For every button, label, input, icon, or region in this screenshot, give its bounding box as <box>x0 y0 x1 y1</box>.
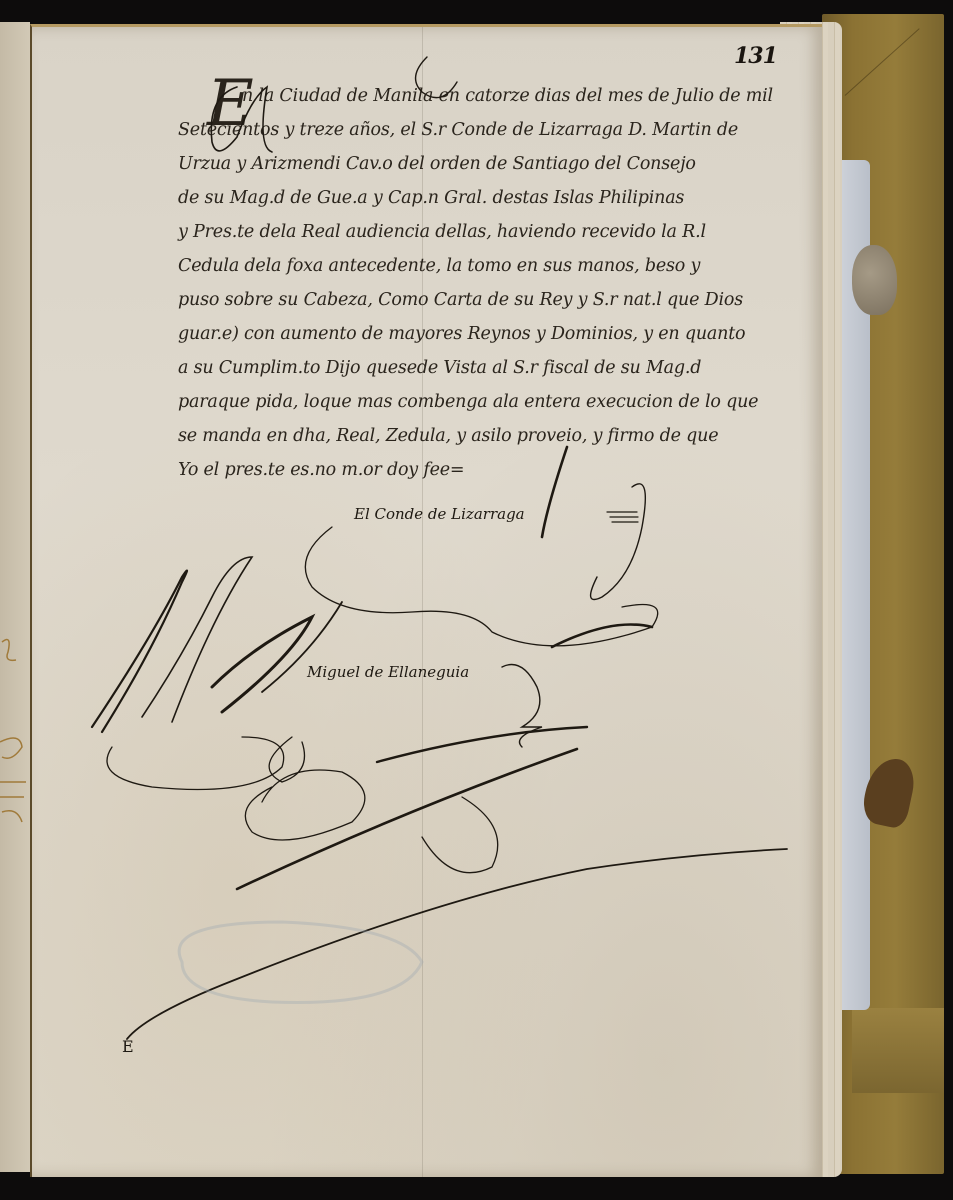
text-line: guar.e) con aumento de mayores Reynos y … <box>178 317 828 351</box>
closing-mark: E <box>122 1037 134 1056</box>
manuscript-page: 131 E n la Ciudad de Manila en catorze d… <box>30 24 822 1177</box>
manuscript-text: n la Ciudad de Manila en catorze dias de… <box>178 79 828 487</box>
signature-conde-lizarraga: El Conde de Lizarraga <box>354 505 525 523</box>
text-line: Setecientos y treze años, el S.r Conde d… <box>178 113 828 147</box>
text-line: n la Ciudad de Manila en catorze dias de… <box>178 79 828 113</box>
text-line: Cedula dela foxa antecedente, la tomo en… <box>178 249 828 283</box>
signature-notary: Miguel de Ellaneguia <box>307 663 469 681</box>
text-line: de su Mag.d de Gue.a y Cap.n Gral. desta… <box>178 181 828 215</box>
wax-seal-fragment <box>852 245 897 315</box>
text-line: puso sobre su Cabeza, Como Carta de su R… <box>178 283 828 317</box>
text-line: se manda en dha, Real, Zedula, y asilo p… <box>178 419 828 453</box>
text-line: y Pres.te dela Real audiencia dellas, ha… <box>178 215 828 249</box>
text-line: a su Cumplim.to Dijo quesede Vista al S.… <box>178 351 828 385</box>
text-line: paraque pida, loque mas combenga ala ent… <box>178 385 828 419</box>
cover-turn-in <box>852 1008 944 1093</box>
text-line: Yo el pres.te es.no m.or doy fee= <box>178 453 828 487</box>
text-line: Urzua y Arizmendi Cav.o del orden de San… <box>178 147 828 181</box>
facing-page-ink-icon <box>0 622 30 862</box>
facing-page-edge <box>0 22 30 1172</box>
folio-number: 131 <box>734 43 777 69</box>
